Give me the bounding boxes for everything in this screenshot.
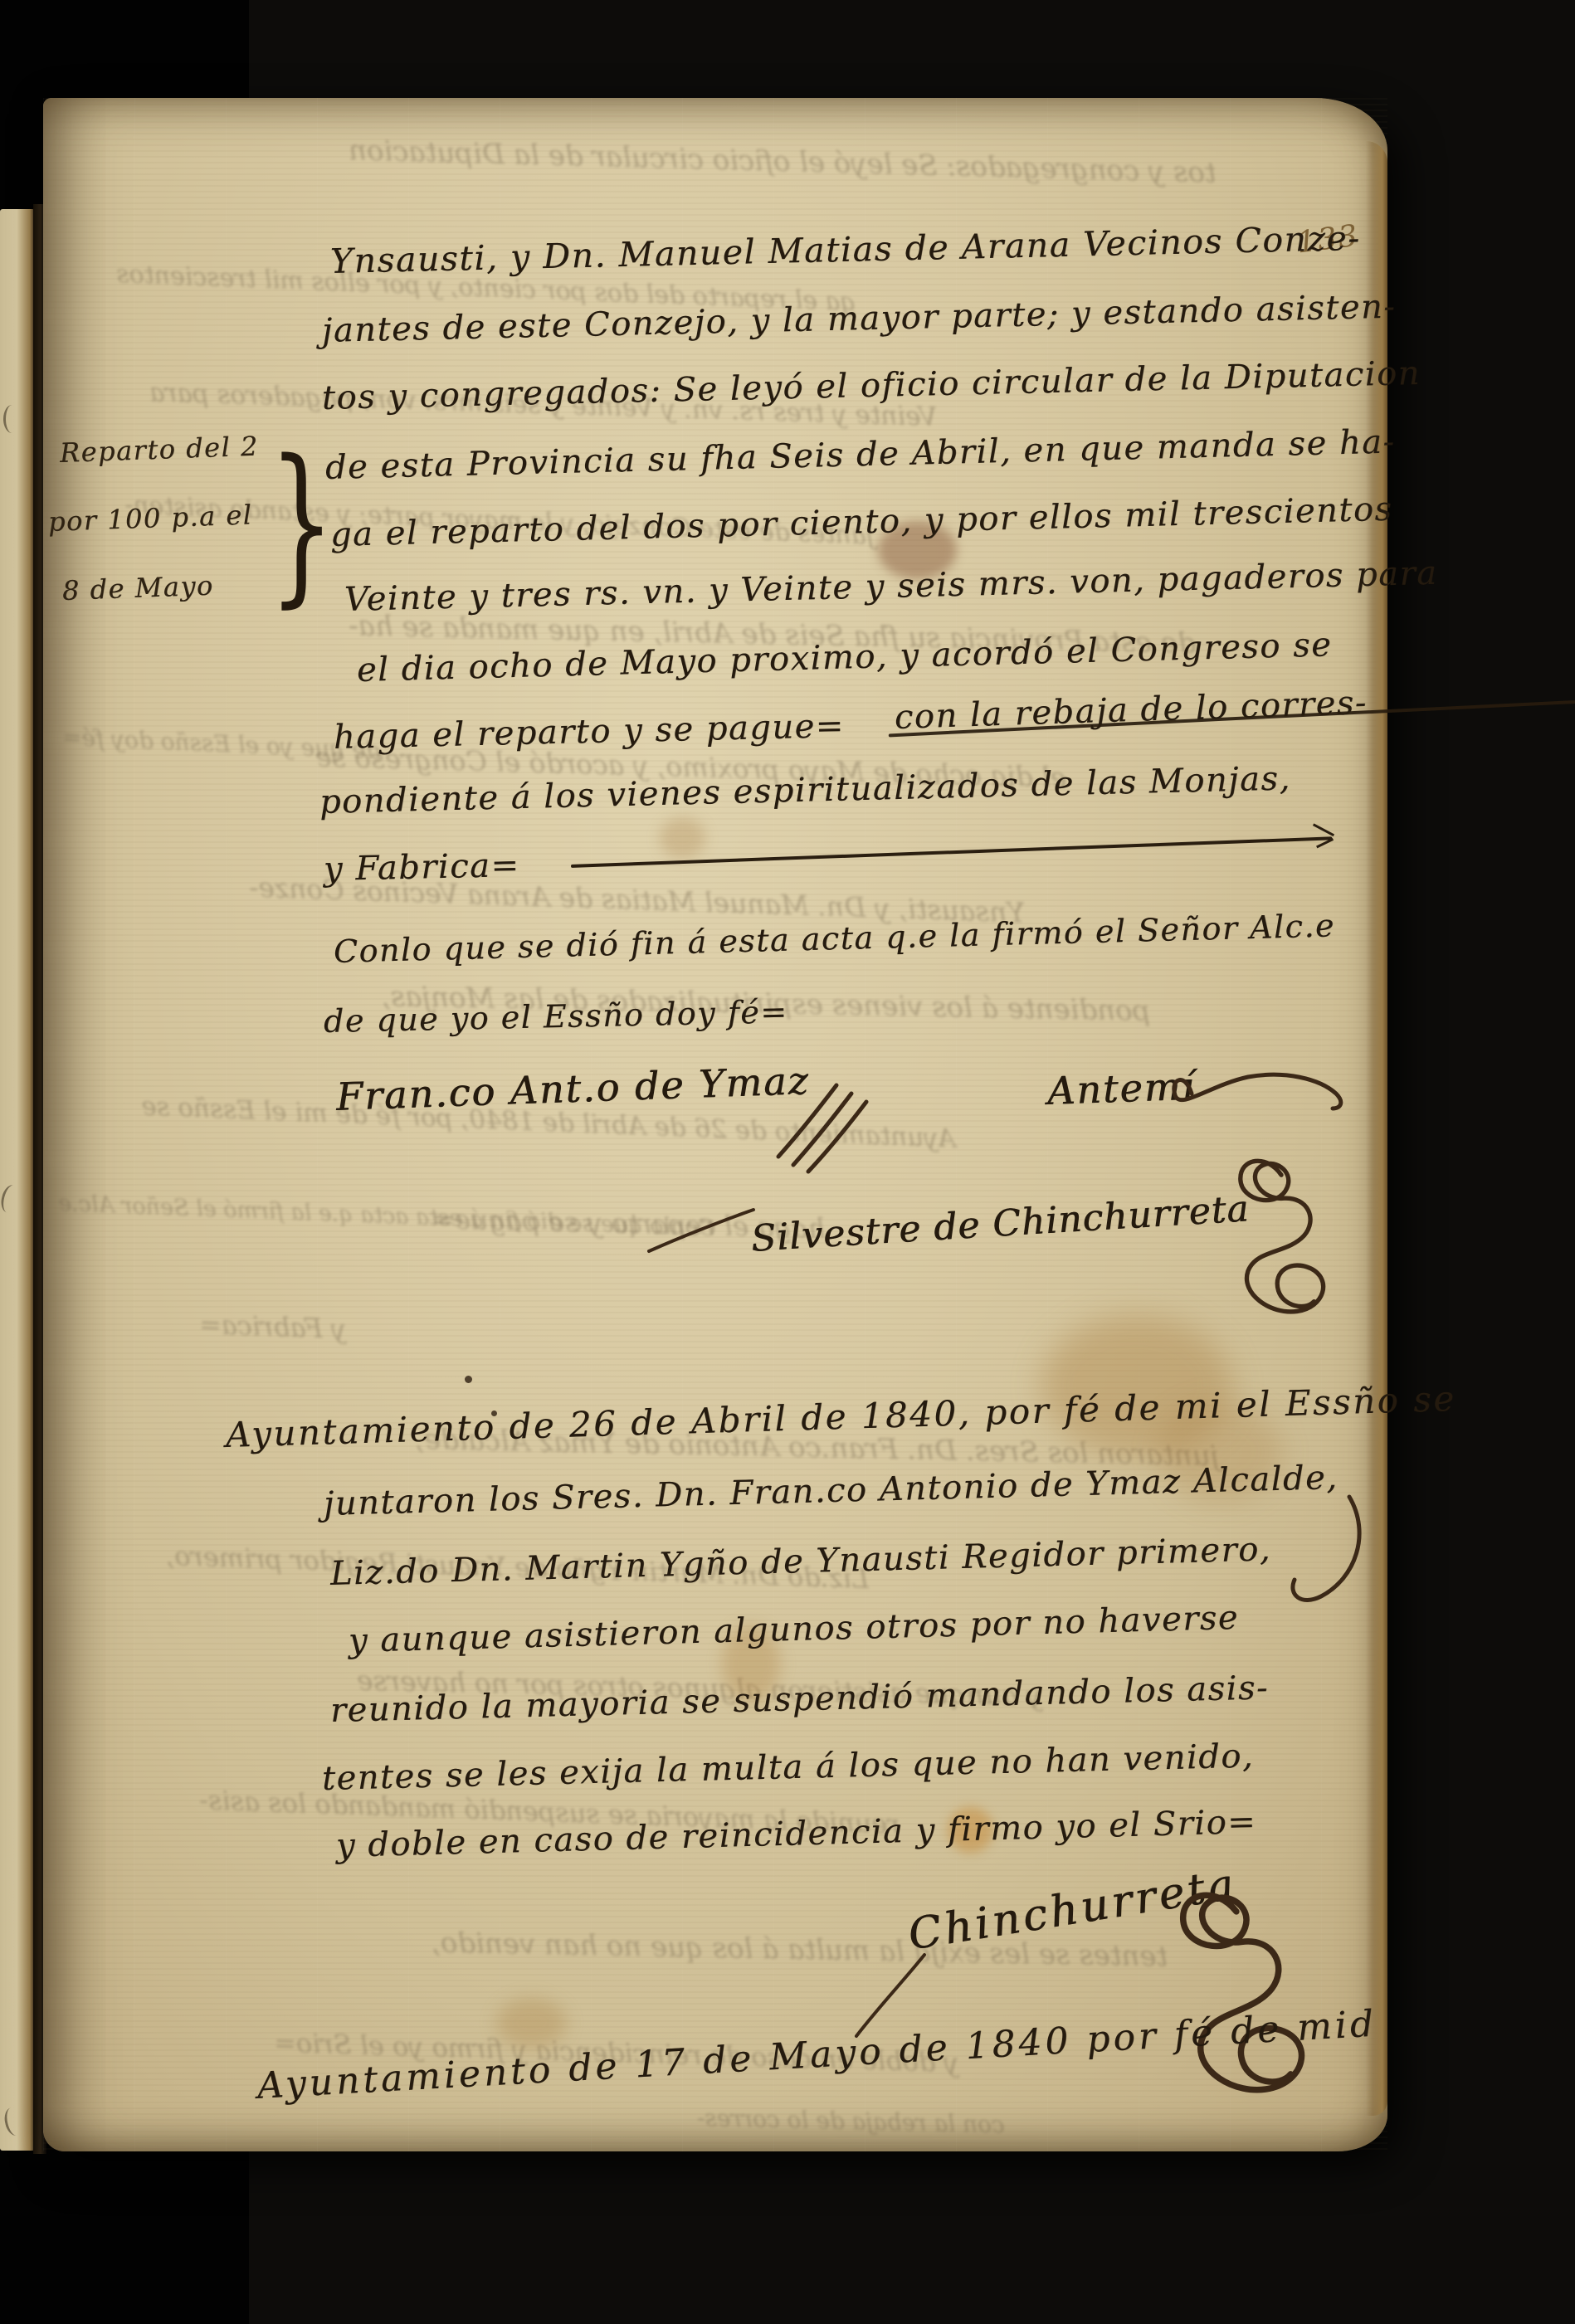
signature-rubric xyxy=(1146,1881,1348,2117)
act-line: y Fabrica= xyxy=(324,847,520,888)
margin-note-line-3: 8 de Mayo xyxy=(61,572,214,607)
signature-rubric xyxy=(772,1077,880,1172)
prev-page-ink-fragment xyxy=(3,405,21,433)
previous-page-sliver xyxy=(0,209,35,2151)
margin-note-line-1: Reparto del 2 xyxy=(59,432,259,469)
signature-lead-stroke xyxy=(646,1205,758,1255)
signature-rubric xyxy=(1207,1145,1363,1340)
bleed-through-line: y Fabrica= xyxy=(198,1308,346,1345)
scanned-manuscript-page: 133 Reparto del 2 por 100 p.a el 8 de Ma… xyxy=(0,0,1575,2324)
flourish-paraph xyxy=(1285,1492,1368,1616)
ink-speck xyxy=(465,1376,472,1383)
margin-note-line-2: por 100 p.a el xyxy=(47,500,253,537)
signature-rubric xyxy=(1168,1065,1347,1117)
